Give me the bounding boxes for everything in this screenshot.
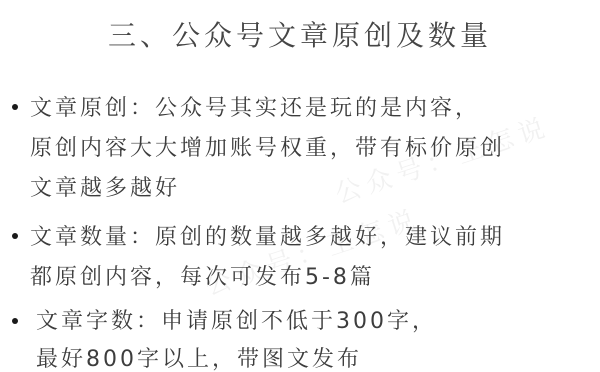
bullet-dot-icon (12, 233, 18, 239)
bullet-text-line: 文章原创：公众号其实还是玩的是内容， (30, 91, 480, 122)
bullet-dot-icon (12, 318, 18, 324)
bullet-text-line: 文章字数：申请原创不低于300字， (36, 304, 437, 335)
bullet-text-line: 文章数量：原创的数量越多越好，建议前期 (30, 220, 505, 251)
bullet-text-line: 原创内容大大增加账号权重，带有标价原创 (30, 131, 505, 162)
slide-title: 三、公众号文章原创及数量 (0, 14, 600, 54)
bullet-text-line: 最好800字以上，带图文发布 (36, 342, 362, 372)
bullet-text-line: 都原创内容，每次可发布5-8篇 (30, 260, 375, 291)
bullet-dot-icon (12, 104, 18, 110)
bullet-text-line: 文章越多越好 (30, 171, 180, 202)
